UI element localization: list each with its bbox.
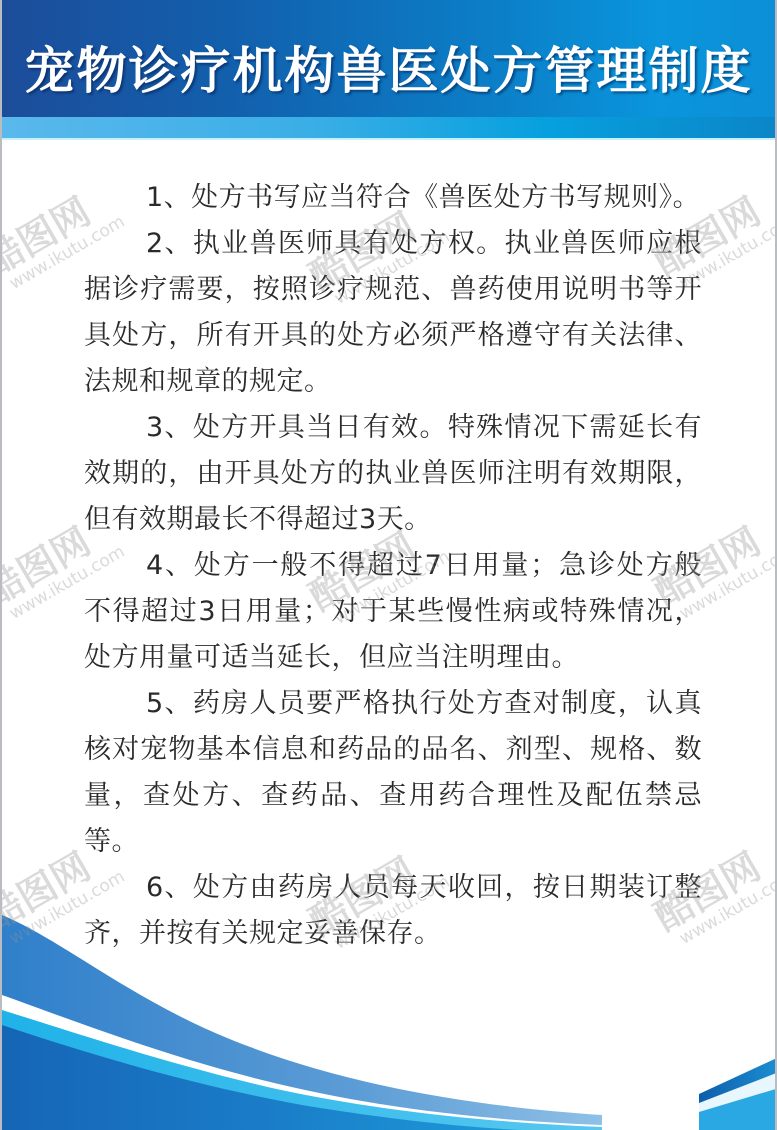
header-accent-strip bbox=[2, 117, 775, 140]
page-title: 宠物诊疗机构兽医处方管理制度 bbox=[2, 40, 775, 102]
regulation-item-3: 3、处方开具当日有效。特殊情况下需延长有效期的，由开具处方的执业兽医师注明有效期… bbox=[84, 405, 702, 543]
regulation-item-4: 4、处方一般不得超过7日用量；急诊处方般不得超过3日用量；对于某些慢性病或特殊情… bbox=[84, 543, 702, 681]
regulation-item-6: 6、处方由药房人员每天收回，按日期装订整齐，并按有关规定妥善保存。 bbox=[84, 865, 702, 957]
poster: 宠物诊疗机构兽医处方管理制度 1、处方书写应当符合《兽医处方书写规则》。 2、执… bbox=[0, 0, 777, 1130]
header-banner: 宠物诊疗机构兽医处方管理制度 bbox=[2, 0, 775, 117]
regulation-item-1: 1、处方书写应当符合《兽医处方书写规则》。 bbox=[84, 175, 702, 221]
regulation-item-2: 2、执业兽医师具有处方权。执业兽医师应根据诊疗需要，按照诊疗规范、兽药使用说明书… bbox=[84, 221, 702, 405]
regulation-item-5: 5、药房人员要严格执行处方查对制度，认真核对宠物基本信息和药品的品名、剂型、规格… bbox=[84, 681, 702, 865]
regulation-body: 1、处方书写应当符合《兽医处方书写规则》。 2、执业兽医师具有处方权。执业兽医师… bbox=[84, 175, 702, 957]
